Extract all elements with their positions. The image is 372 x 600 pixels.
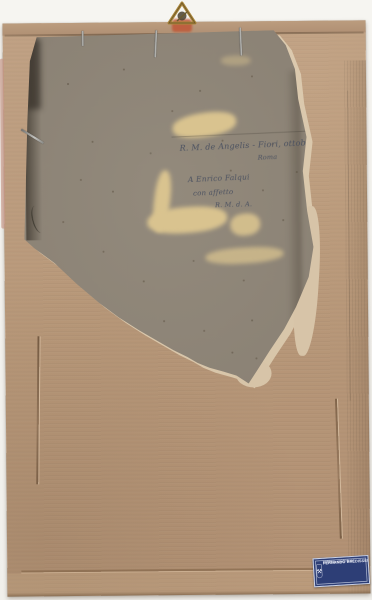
framer-label: ⚒ DITTA FERNANDO BALDISSERA VIA DEL BABU… [312,555,370,587]
hanging-ring [165,0,199,26]
label-text: DITTA FERNANDO BALDISSERA VIA DEL BABUIN… [323,558,367,561]
nail [82,31,84,46]
frame-verso: R. M. de Angelis - Fiori, ottobre 1961 R… [3,20,371,596]
crease [36,336,39,484]
inscription-initials: R. M. d. A. [215,200,252,209]
paint-smudge [221,55,251,65]
inscription-city: Roma [258,153,278,162]
framer-label-content: ⚒ DITTA FERNANDO BALDISSERA VIA DEL BABU… [315,557,370,586]
label-crest-icon: ⚒ [316,564,322,578]
inscription-artist-title-date: R. M. de Angelis - Fiori, ottobre 1961 [179,137,338,153]
frame-paint-edge [0,59,5,229]
inscription-dedication: A Enrico Falqui [188,172,250,184]
paint-smudge [205,245,284,266]
crease [335,399,342,539]
inscription-dedication-2: con affetto [193,188,234,198]
photograph: R. M. de Angelis - Fiori, ottobre 1961 R… [0,0,372,600]
paint-smudge [229,212,261,237]
